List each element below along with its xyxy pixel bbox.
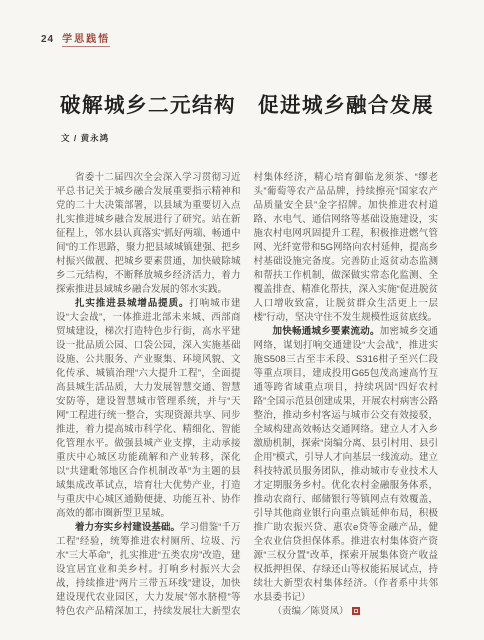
article-body: 省委十二届四次全会深入学习贯彻习近平总书记关于城乡融合发展重要指示精神和党的二十… <box>56 171 438 619</box>
article-end-icon <box>352 607 360 615</box>
article-title: 破解城乡二元结构 促进城乡融合发展 <box>60 93 438 119</box>
editor-note: （责编／陈贤凤） <box>273 606 349 617</box>
article-byline: 文 / 黄永鸿 <box>61 132 438 144</box>
paragraph-text: 加密城乡交通网络，谋划打响交通建设“大会战”，推进实施S508三古至丰禾段、S3… <box>254 326 439 603</box>
page-header: 24 学思践悟 <box>41 30 438 47</box>
paragraph-lead: 着力夯实乡村建设基础。 <box>75 522 180 533</box>
paragraph-county-quality: 扎实推进县城增品提质。打响城市建设“大会战”，一体推进北部未来城、西部商贸城建设… <box>56 297 241 521</box>
paragraph-text: 省委十二届四次全会深入学习贯彻习近平总书记关于城乡融合发展重要指示精神和党的二十… <box>56 172 241 295</box>
paragraph-lead: 扎实推进县城增品提质。 <box>75 298 189 309</box>
page-number: 24 <box>41 34 54 45</box>
paragraph-text: 打响城市建设“大会战”，一体推进北部未来城、西部商贸城建设，梯次打造特色步行街，… <box>56 298 241 519</box>
paragraph-factor-flow: 加快畅通城乡要素流动。加密城乡交通网络，谋划打响交通建设“大会战”，推进实施S5… <box>254 325 439 605</box>
magazine-page: 24 学思践悟 破解城乡二元结构 促进城乡融合发展 文 / 黄永鸿 省委十二届四… <box>0 0 484 640</box>
section-title: 学思践悟 <box>62 30 110 47</box>
paragraph-lead: 加快畅通城乡要素流动。 <box>273 326 380 337</box>
editor-note-line: （责编／陈贤凤） <box>254 605 439 619</box>
paragraph-intro: 省委十二届四次全会深入学习贯彻习近平总书记关于城乡融合发展重要指示精神和党的二十… <box>56 171 241 297</box>
